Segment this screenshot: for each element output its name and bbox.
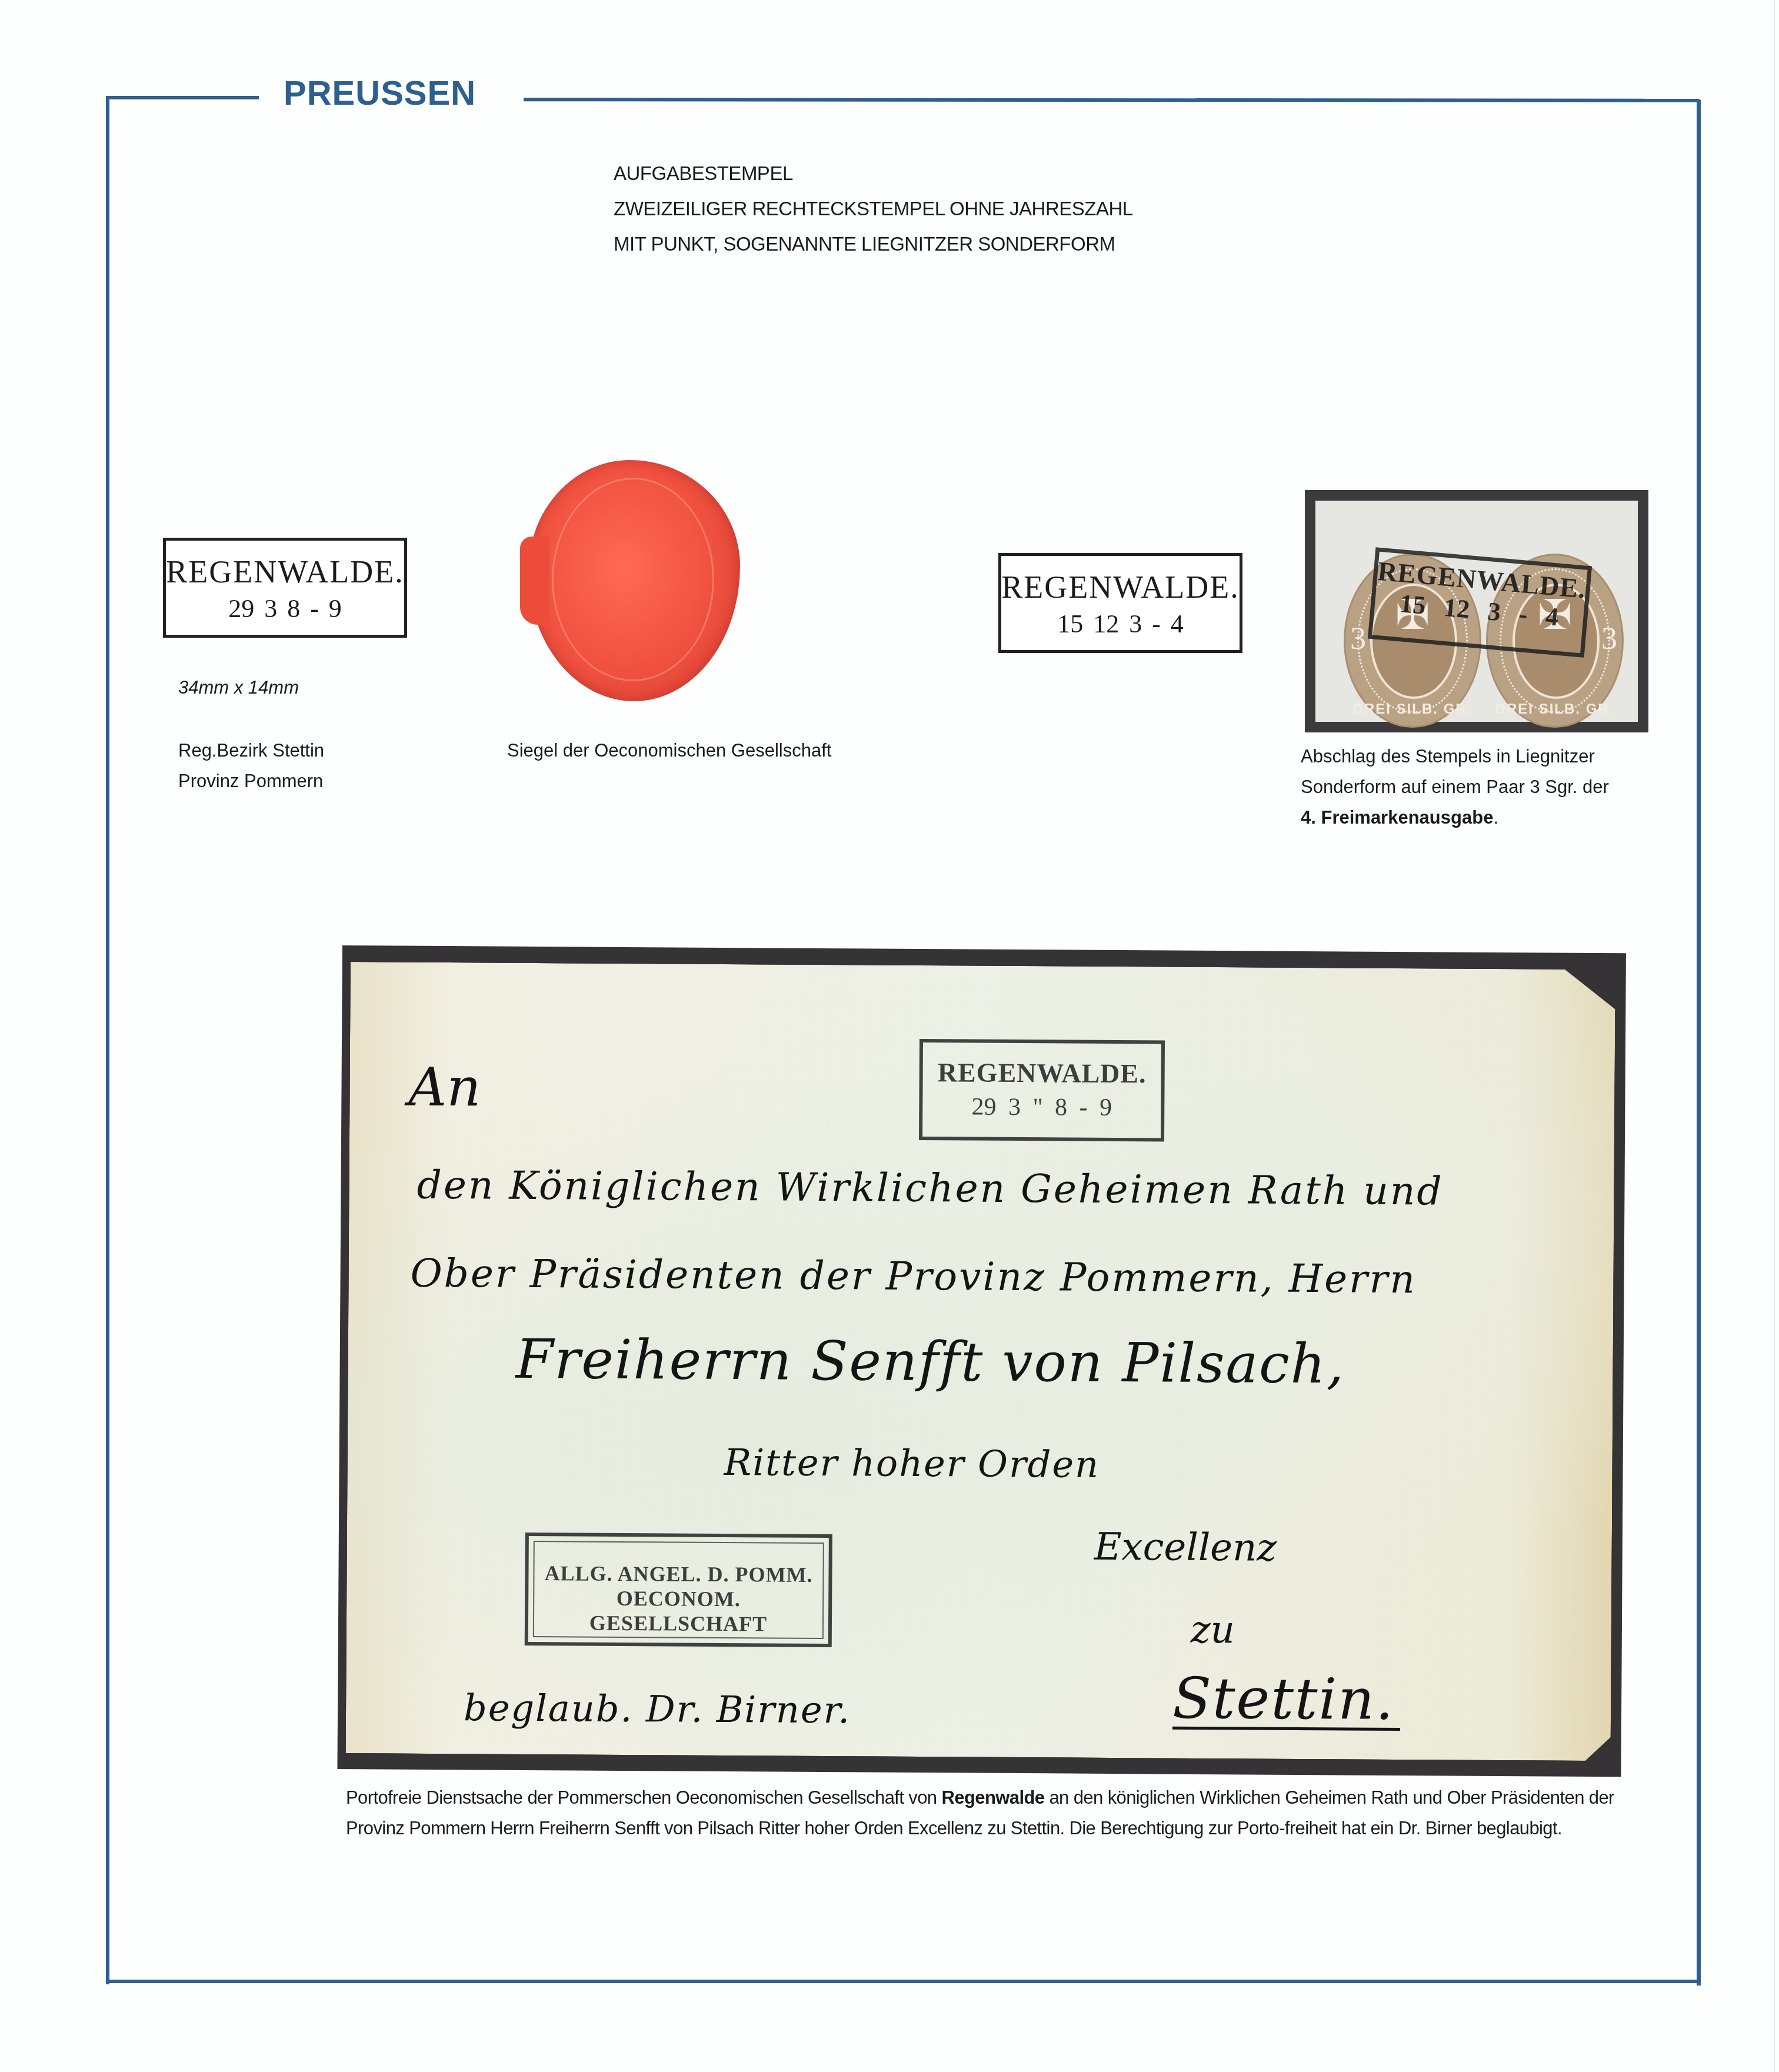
handwriting-line-5: Excellenz bbox=[1094, 1525, 1277, 1570]
stamp-piece-image: ✠ 3 DREI SILB. GR. ✠ 3 DREI SILB. GR. RE… bbox=[1305, 490, 1648, 732]
heading-line-3: MIT PUNKT, SOGENANNTE LIEGNITZER SONDERF… bbox=[614, 226, 1133, 262]
page-title: PREUSSEN bbox=[284, 74, 476, 113]
stamp-caption-end: . bbox=[1493, 807, 1498, 828]
stamp-inscription: DREI SILB. GR. bbox=[1488, 701, 1622, 718]
wax-seal-image bbox=[528, 460, 740, 701]
org-stamp-line-2: OECONOM. GESELLSCHAFT bbox=[528, 1585, 829, 1637]
stamp-caption-line-2: Sonderform auf einem Paar 3 Sgr. der bbox=[1301, 772, 1654, 802]
frame-right-line bbox=[1697, 100, 1701, 1986]
postmark-date: 15 12 3 - 4 bbox=[1001, 609, 1240, 639]
frame-left-line bbox=[106, 96, 109, 1984]
heading-line-2: ZWEIZEILIGER RECHTECKSTEMPEL OHNE JAHRES… bbox=[614, 191, 1133, 226]
handwriting-line-6: zu bbox=[1191, 1608, 1235, 1652]
envelope-postmark-date: 29 3 " 8 - 9 bbox=[922, 1092, 1161, 1122]
description-bold: Regenwalde bbox=[942, 1787, 1045, 1808]
stamp-paper: ✠ 3 DREI SILB. GR. ✠ 3 DREI SILB. GR. RE… bbox=[1315, 501, 1638, 722]
region-caption: Reg.Bezirk Stettin Provinz Pommern bbox=[178, 735, 324, 797]
handwriting-attestation: beglaub. Dr. Birner. bbox=[464, 1686, 851, 1731]
page-edge bbox=[1774, 0, 1775, 2072]
cancel-postmark: REGENWALDE. 15 12 3 - 4 bbox=[1368, 547, 1592, 658]
postmark-size-caption: 34mm x 14mm bbox=[178, 672, 299, 703]
handwriting-line-2: Ober Präsidenten der Provinz Pommern, He… bbox=[410, 1251, 1417, 1302]
region-line-1: Reg.Bezirk Stettin bbox=[178, 735, 324, 766]
postmark-date: 29 3 8 - 9 bbox=[166, 594, 404, 624]
frame-top-right-line bbox=[524, 98, 1700, 102]
heading-line-1: AUFGABESTEMPEL bbox=[614, 156, 1133, 191]
envelope-mount: REGENWALDE. 29 3 " 8 - 9 ALLG. ANGEL. D.… bbox=[337, 945, 1626, 1777]
organisation-stamp: ALLG. ANGEL. D. POMM. OECONOM. GESELLSCH… bbox=[525, 1533, 832, 1647]
frame-bottom-line bbox=[106, 1980, 1701, 1983]
postmark-drawing-1: REGENWALDE. 29 3 8 - 9 bbox=[163, 538, 407, 638]
handwriting-line-1: den Königlichen Wirklichen Geheimen Rath… bbox=[417, 1162, 1444, 1214]
envelope-description: Portofreie Dienstsache der Pommerschen O… bbox=[346, 1783, 1628, 1844]
handwriting-salutation: An bbox=[408, 1057, 481, 1119]
postmark-town: REGENWALDE. bbox=[166, 554, 404, 590]
stamp-caption-line-3: 4. Freimarkenausgabe. bbox=[1301, 802, 1654, 833]
stamp-caption-line-1: Abschlag des Stempels in Liegnitzer bbox=[1301, 741, 1654, 772]
wax-seal-impression bbox=[552, 478, 714, 681]
org-stamp-line-1: ALLG. ANGEL. D. POMM. bbox=[528, 1561, 828, 1587]
stamp-value: 3 bbox=[1350, 620, 1366, 657]
handwriting-destination: Stettin. bbox=[1172, 1670, 1401, 1731]
wax-seal-edge bbox=[520, 537, 549, 625]
postmark-drawing-2: REGENWALDE. 15 12 3 - 4 bbox=[998, 553, 1242, 653]
handwriting-line-3: Freiherrn Senfft von Pilsach, bbox=[515, 1328, 1345, 1396]
region-line-2: Provinz Pommern bbox=[178, 766, 324, 797]
postmark-town: REGENWALDE. bbox=[1001, 569, 1240, 605]
envelope-image: REGENWALDE. 29 3 " 8 - 9 ALLG. ANGEL. D.… bbox=[346, 962, 1615, 1761]
stamp-caption: Abschlag des Stempels in Liegnitzer Sond… bbox=[1301, 741, 1654, 833]
stamp-caption-bold: 4. Freimarkenausgabe bbox=[1301, 807, 1493, 828]
frame-top-left-line bbox=[106, 96, 259, 99]
stamp-value: 3 bbox=[1601, 620, 1617, 657]
seal-caption: Siegel der Oeconomischen Gesellschaft bbox=[507, 735, 831, 766]
stamp-inscription: DREI SILB. GR. bbox=[1345, 701, 1480, 718]
description-part-1: Portofreie Dienstsache der Pommerschen O… bbox=[346, 1787, 942, 1808]
envelope-postmark: REGENWALDE. 29 3 " 8 - 9 bbox=[919, 1039, 1165, 1142]
handwriting-line-4: Ritter hoher Orden bbox=[724, 1441, 1100, 1486]
envelope-postmark-town: REGENWALDE. bbox=[923, 1057, 1161, 1089]
section-heading: AUFGABESTEMPEL ZWEIZEILIGER RECHTECKSTEM… bbox=[614, 156, 1133, 262]
